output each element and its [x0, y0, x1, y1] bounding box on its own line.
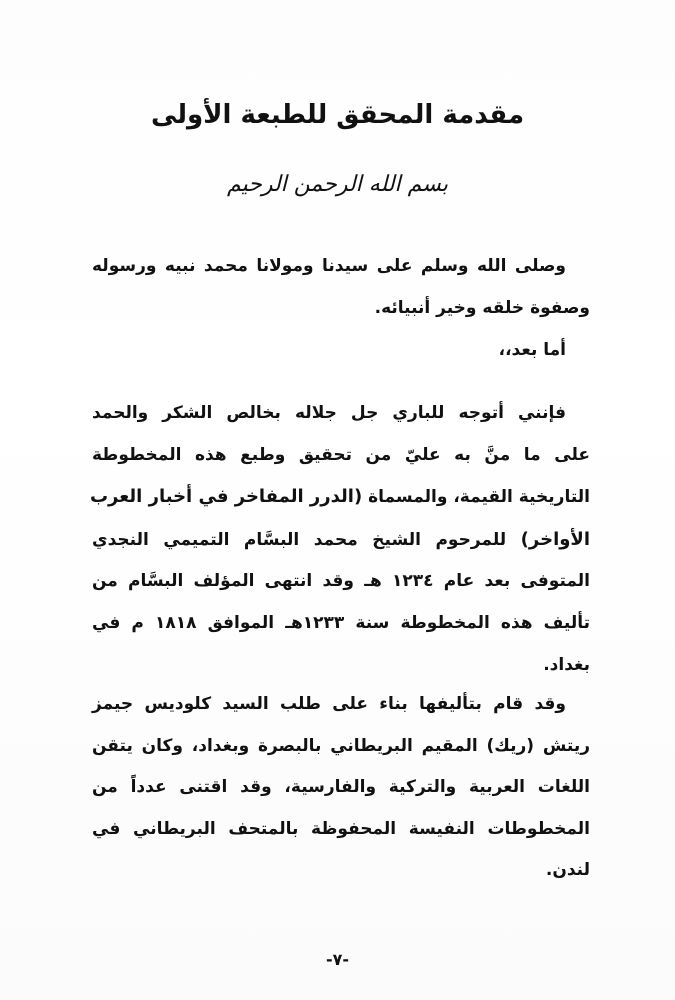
paragraph-salutation: وصلى الله وسلم على سيدنا ومولانا محمد نب…: [92, 246, 590, 329]
text-line: بغداد.: [92, 645, 590, 687]
text-line: فإنني أتوجه للباري جل جلاله بخالص الشكر …: [92, 393, 590, 435]
text-line: وصلى الله وسلم على سيدنا ومولانا محمد نب…: [92, 246, 590, 288]
text-line: الأواخر) للمرحوم الشيخ محمد البسَّام الت…: [92, 519, 590, 562]
text-line: المخطوطات النفيسة المحفوظة بالمتحف البري…: [92, 809, 590, 851]
text-line: وصفوة خلقه وخير أنبيائه.: [92, 288, 590, 330]
text-line: على ما منَّ به عليّ من تحقيق وطبع هذه ال…: [92, 435, 590, 477]
paragraph-authorship: وقد قام بتأليفها بناء على طلب السيد كلود…: [92, 684, 590, 892]
text-line: أما بعد،،: [92, 330, 590, 372]
text-line: لندن.: [92, 850, 590, 892]
text-line: اللغات العربية والتركية والفارسية، وقد ا…: [92, 767, 590, 809]
page-title: مقدمة المحقق للطبعة الأولى: [0, 100, 675, 130]
book-page: مقدمة المحقق للطبعة الأولى بسم الله الرح…: [0, 0, 675, 1000]
text-fragment: التاريخية القيمة، والمسماة: [368, 487, 590, 507]
book-title-emphasis: (الدرر المفاخر في أخبار العرب: [90, 486, 362, 507]
text-line: وقد قام بتأليفها بناء على طلب السيد كلود…: [92, 684, 590, 726]
paragraph-amma-bad: أما بعد،،: [92, 330, 590, 372]
text-line: تأليف هذه المخطوطة سنة ١٢٣٣هـ الموافق ١٨…: [92, 603, 590, 645]
page-number: -٧-: [0, 950, 675, 969]
book-title-emphasis: الأواخر): [521, 529, 590, 550]
text-line: المتوفى بعد عام ١٢٣٤ هـ وقد انتهى المؤلف…: [92, 561, 590, 603]
text-line: ريتش (ريك) المقيم البريطاني بالبصرة وبغد…: [92, 726, 590, 768]
paragraph-introduction: فإنني أتوجه للباري جل جلاله بخالص الشكر …: [92, 393, 590, 686]
basmala-calligraphy: بسم الله الرحمن الرحيم: [0, 172, 675, 197]
text-fragment: للمرحوم الشيخ محمد البسَّام التميمي النج…: [92, 530, 506, 550]
text-line: التاريخية القيمة، والمسماة (الدرر المفاخ…: [92, 476, 590, 519]
